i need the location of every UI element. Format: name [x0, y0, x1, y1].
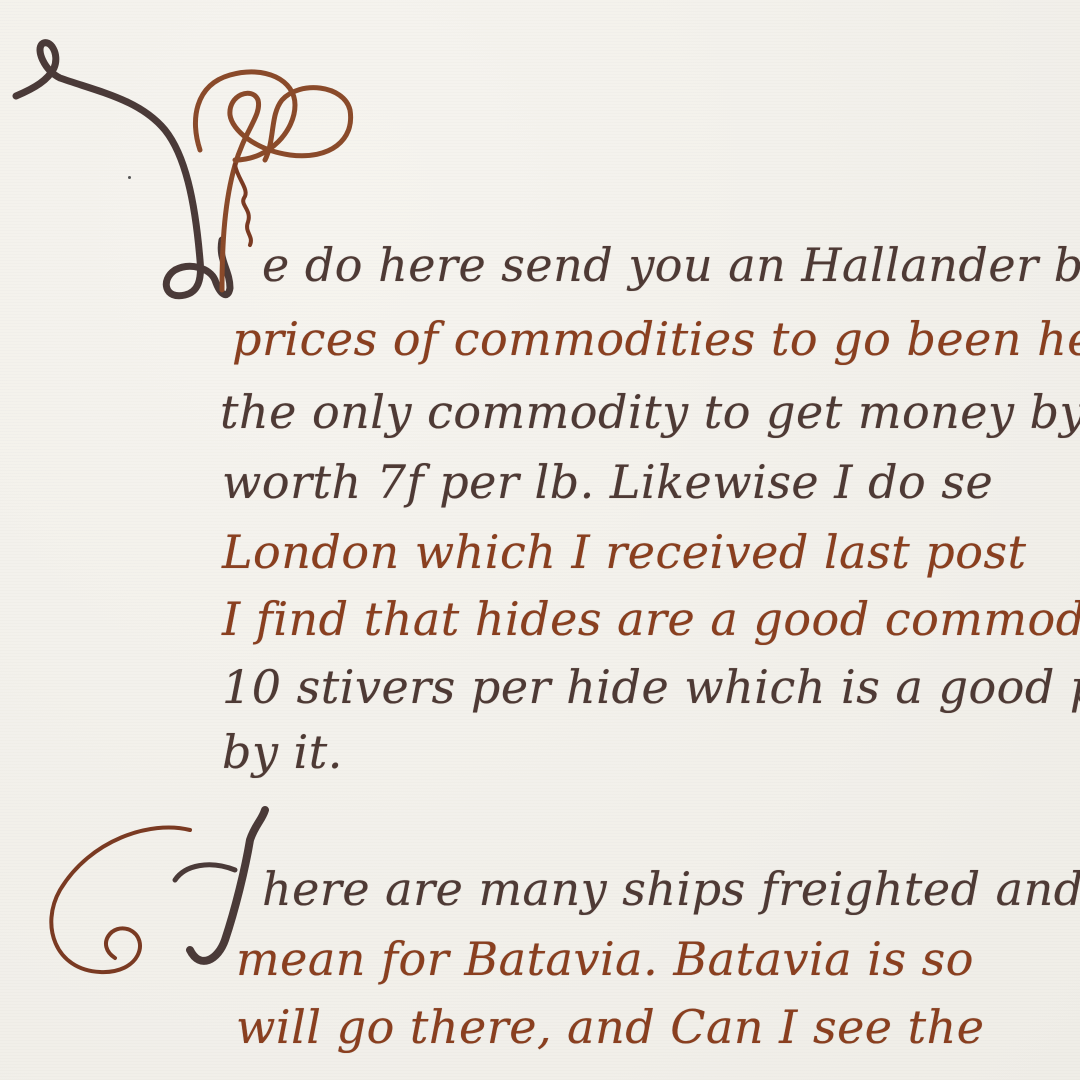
- letter-line-10: mean for Batavia. Batavia is so: [236, 932, 974, 986]
- letter-line-3: the only commodity to get money by h: [220, 385, 1080, 439]
- letter-line-5: London which I received last post: [222, 525, 1027, 579]
- letter-line-2: prices of commodities to go been her: [232, 312, 1080, 366]
- letter-line-11: will go there, and Can I see the: [236, 1000, 984, 1054]
- letter-line-6: I find that hides are a good commodit: [222, 592, 1080, 646]
- letter-line-1: e do here send you an Hallander br: [262, 238, 1080, 292]
- letter-line-9: here are many ships freighted and f: [262, 862, 1080, 916]
- letter-line-7: 10 stivers per hide which is a good pric…: [222, 660, 1080, 714]
- letter-line-4: worth 7f per lb. Likewise I do se: [222, 455, 993, 509]
- letter-line-8: by it.: [222, 725, 343, 779]
